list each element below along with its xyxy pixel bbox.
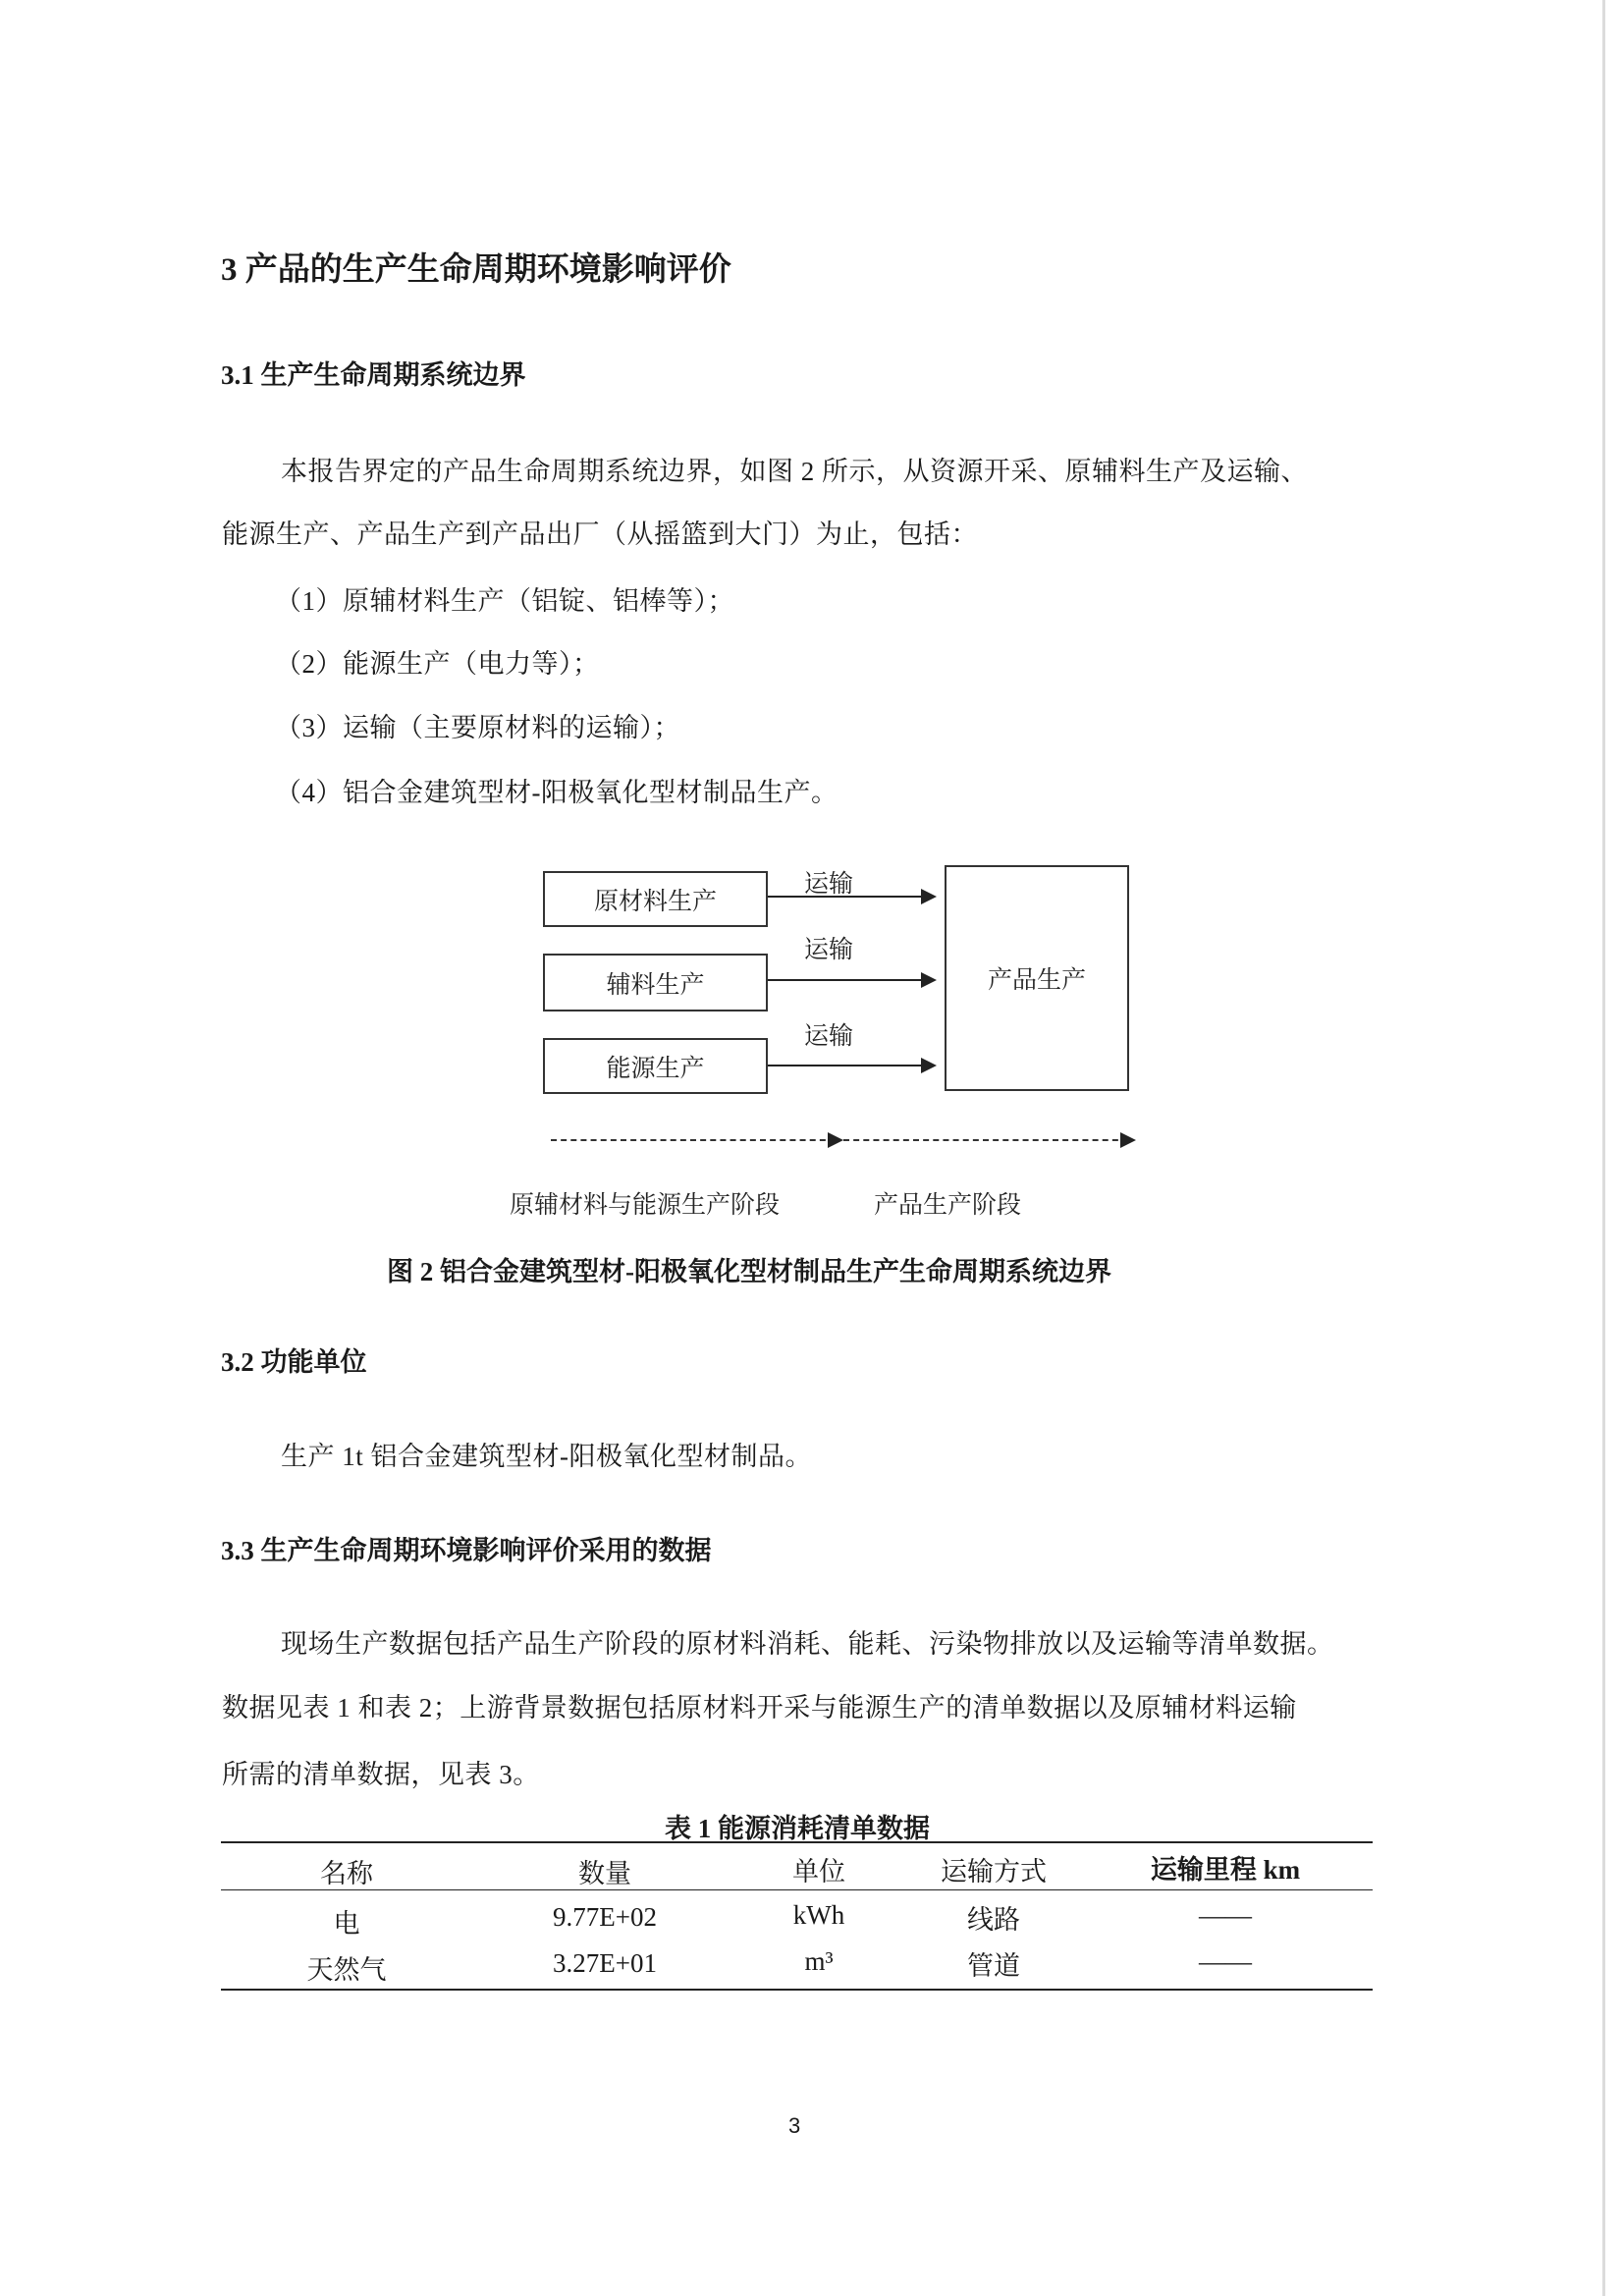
page-edge-line xyxy=(1602,0,1605,2296)
auxiliary-material-box: 辅料生产 xyxy=(543,954,768,1011)
list-item: （4）铝合金建筑型材-阳极氧化型材制品生产。 xyxy=(275,771,839,809)
paragraph-line: 数据见表 1 和表 2；上游背景数据包括原材料开采与能源生产的清单数据以及原辅材… xyxy=(222,1686,1297,1724)
paragraph-line: 现场生产数据包括产品生产阶段的原材料消耗、能耗、污染物排放以及运输等清单数据。 xyxy=(281,1622,1334,1661)
table-title: 表 1 能源消耗清单数据 xyxy=(665,1807,930,1845)
table-cell: kWh xyxy=(793,1900,844,1931)
table-header-rule xyxy=(221,1889,1373,1890)
arrow-right-icon xyxy=(768,979,933,981)
table-cell: 线路 xyxy=(967,1898,1020,1937)
table-header: 单位 xyxy=(792,1850,845,1888)
list-item: （1）原辅材料生产（铝锭、铝棒等）； xyxy=(275,579,734,618)
subsection-heading-3-2: 3.2 功能单位 xyxy=(221,1340,367,1379)
dashed-stage-line xyxy=(843,1139,1128,1141)
paragraph-line: 能源生产、产品生产到产品出厂（从摇篮到大门）为止，包括： xyxy=(222,513,978,551)
table-cell: m³ xyxy=(804,1946,833,1977)
table-cell: 管道 xyxy=(967,1944,1020,1983)
page-number: 3 xyxy=(788,2113,800,2139)
transport-label: 运输 xyxy=(804,930,853,965)
table-top-rule xyxy=(221,1841,1373,1843)
table-cell: 电 xyxy=(334,1902,360,1941)
subsection-heading-3-3: 3.3 生产生命周期环境影响评价采用的数据 xyxy=(221,1529,712,1567)
table-cell: 3.27E+01 xyxy=(553,1948,657,1979)
stage-label-product: 产品生产阶段 xyxy=(874,1185,1021,1221)
table-cell: —— xyxy=(1199,1946,1252,1977)
table-header: 数量 xyxy=(578,1852,631,1890)
subsection-heading-3-1: 3.1 生产生命周期系统边界 xyxy=(221,354,526,392)
paragraph-line: 本报告界定的产品生命周期系统边界，如图 2 所示，从资源开采、原辅料生产及运输、 xyxy=(281,450,1308,488)
table-cell: 天然气 xyxy=(307,1948,387,1987)
transport-label: 运输 xyxy=(804,1016,853,1052)
dashed-stage-line xyxy=(551,1139,836,1141)
section-heading: 3 产品的生产生命周期环境影响评价 xyxy=(221,244,731,290)
paragraph-line: 所需的清单数据，见表 3。 xyxy=(222,1753,540,1791)
arrow-head-icon xyxy=(1120,1132,1136,1148)
stage-label-upstream: 原辅材料与能源生产阶段 xyxy=(510,1185,780,1221)
raw-material-box: 原材料生产 xyxy=(543,871,768,927)
transport-label: 运输 xyxy=(804,864,853,900)
table-header: 运输方式 xyxy=(941,1850,1047,1888)
table-bottom-rule xyxy=(221,1989,1373,1991)
table-header: 运输里程 km xyxy=(1151,1848,1300,1886)
table-cell: —— xyxy=(1199,1900,1252,1931)
figure-caption: 图 2 铝合金建筑型材-阳极氧化型材制品生产生命周期系统边界 xyxy=(387,1250,1111,1288)
arrow-head-icon xyxy=(828,1132,843,1148)
paragraph-line: 生产 1t 铝合金建筑型材-阳极氧化型材制品。 xyxy=(281,1435,812,1473)
product-production-box: 产品生产 xyxy=(945,865,1129,1091)
list-item: （2）能源生产（电力等）； xyxy=(275,642,600,681)
list-item: （3）运输（主要原材料的运输）； xyxy=(275,706,680,744)
table-header: 名称 xyxy=(320,1852,373,1890)
table-cell: 9.77E+02 xyxy=(553,1902,657,1933)
arrow-right-icon xyxy=(768,1065,933,1066)
energy-production-box: 能源生产 xyxy=(543,1038,768,1094)
